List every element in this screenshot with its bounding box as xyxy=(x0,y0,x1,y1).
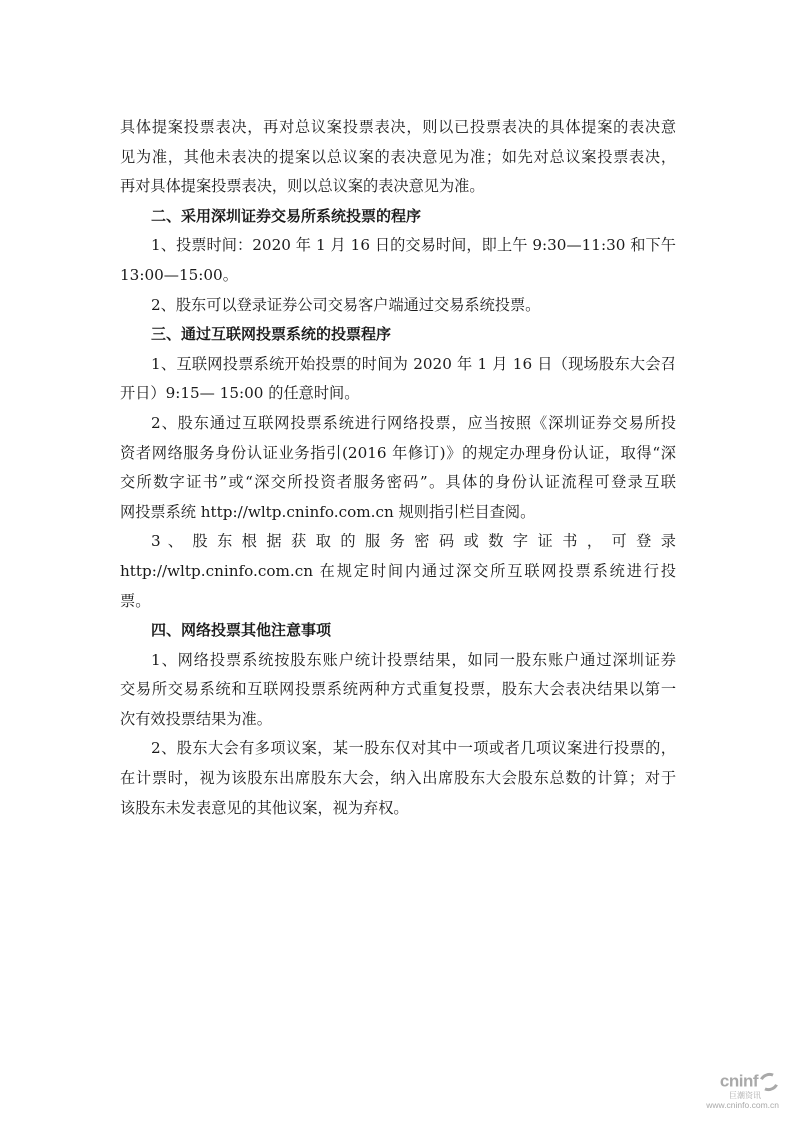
paragraph-line: 2、股东通过互联网投票系统进行网络投票，应当按照《深圳证券交易所投 xyxy=(120,409,676,439)
document-page: 具体提案投票表决，再对总议案投票表决，则以已投票表决的具体提案的表决意 见为准，… xyxy=(120,113,676,823)
paragraph-line: 2、股东可以登录证券公司交易客户端通过交易系统投票。 xyxy=(120,291,676,321)
section-heading-3: 三、通过互联网投票系统的投票程序 xyxy=(120,320,676,350)
paragraph-line: 该股东未发表意见的其他议案，视为弃权。 xyxy=(120,794,676,824)
cninfo-logo: cninf xyxy=(689,1073,779,1091)
paragraph-line: 再对具体提案投票表决，则以总议案的表决意见为准。 xyxy=(120,172,676,202)
paragraph-line: 票。 xyxy=(120,587,676,617)
paragraph-line: 交易所交易系统和互联网投票系统两种方式重复投票，股东大会表决结果以第一 xyxy=(120,675,676,705)
paragraph-line: 1、网络投票系统按股东账户统计投票结果，如同一股东账户通过深圳证券 xyxy=(120,646,676,676)
paragraph-line: http://wltp.cninfo.com.cn 在规定时间内通过深交所互联网… xyxy=(120,557,676,587)
logo-text: cninf xyxy=(720,1071,758,1090)
logo-url: www.cninfo.com.cn xyxy=(689,1100,779,1110)
section-heading-4: 四、网络投票其他注意事项 xyxy=(120,616,676,646)
paragraph-line: 具体提案投票表决，再对总议案投票表决，则以已投票表决的具体提案的表决意 xyxy=(120,113,676,143)
paragraph-line: 资者网络服务身份认证业务指引(2016 年修订)》的规定办理身份认证，取得“深 xyxy=(120,439,676,469)
section-heading-2: 二、采用深圳证券交易所系统投票的程序 xyxy=(120,202,676,232)
paragraph-line: 1、互联网投票系统开始投票的时间为 2020 年 1 月 16 日（现场股东大会… xyxy=(120,350,676,380)
cninfo-watermark: cninf 巨潮资讯 www.cninfo.com.cn xyxy=(689,1073,779,1110)
paragraph-line: 开日）9:15— 15:00 的任意时间。 xyxy=(120,379,676,409)
paragraph-line: 13:00—15:00。 xyxy=(120,261,676,291)
paragraph-line: 1、投票时间：2020 年 1 月 16 日的交易时间，即上午 9:30—11:… xyxy=(120,231,676,261)
paragraph-line: 3 、 股 东 根 据 获 取 的 服 务 密 码 或 数 字 证 书 ， 可 … xyxy=(120,527,676,557)
paragraph-line: 网投票系统 http://wltp.cninfo.com.cn 规则指引栏目查阅… xyxy=(120,498,676,528)
paragraph-line: 交所数字证书”或“深交所投资者服务密码”。具体的身份认证流程可登录互联 xyxy=(120,468,676,498)
paragraph-line: 次有效投票结果为准。 xyxy=(120,705,676,735)
paragraph-line: 见为准，其他未表决的提案以总议案的表决意见为准；如先对总议案投票表决， xyxy=(120,143,676,173)
paragraph-line: 在计票时，视为该股东出席股东大会，纳入出席股东大会股东总数的计算；对于 xyxy=(120,764,676,794)
paragraph-line: 2、股东大会有多项议案，某一股东仅对其中一项或者几项议案进行投票的， xyxy=(120,734,676,764)
logo-chinese-name: 巨潮资讯 xyxy=(689,1091,761,1100)
